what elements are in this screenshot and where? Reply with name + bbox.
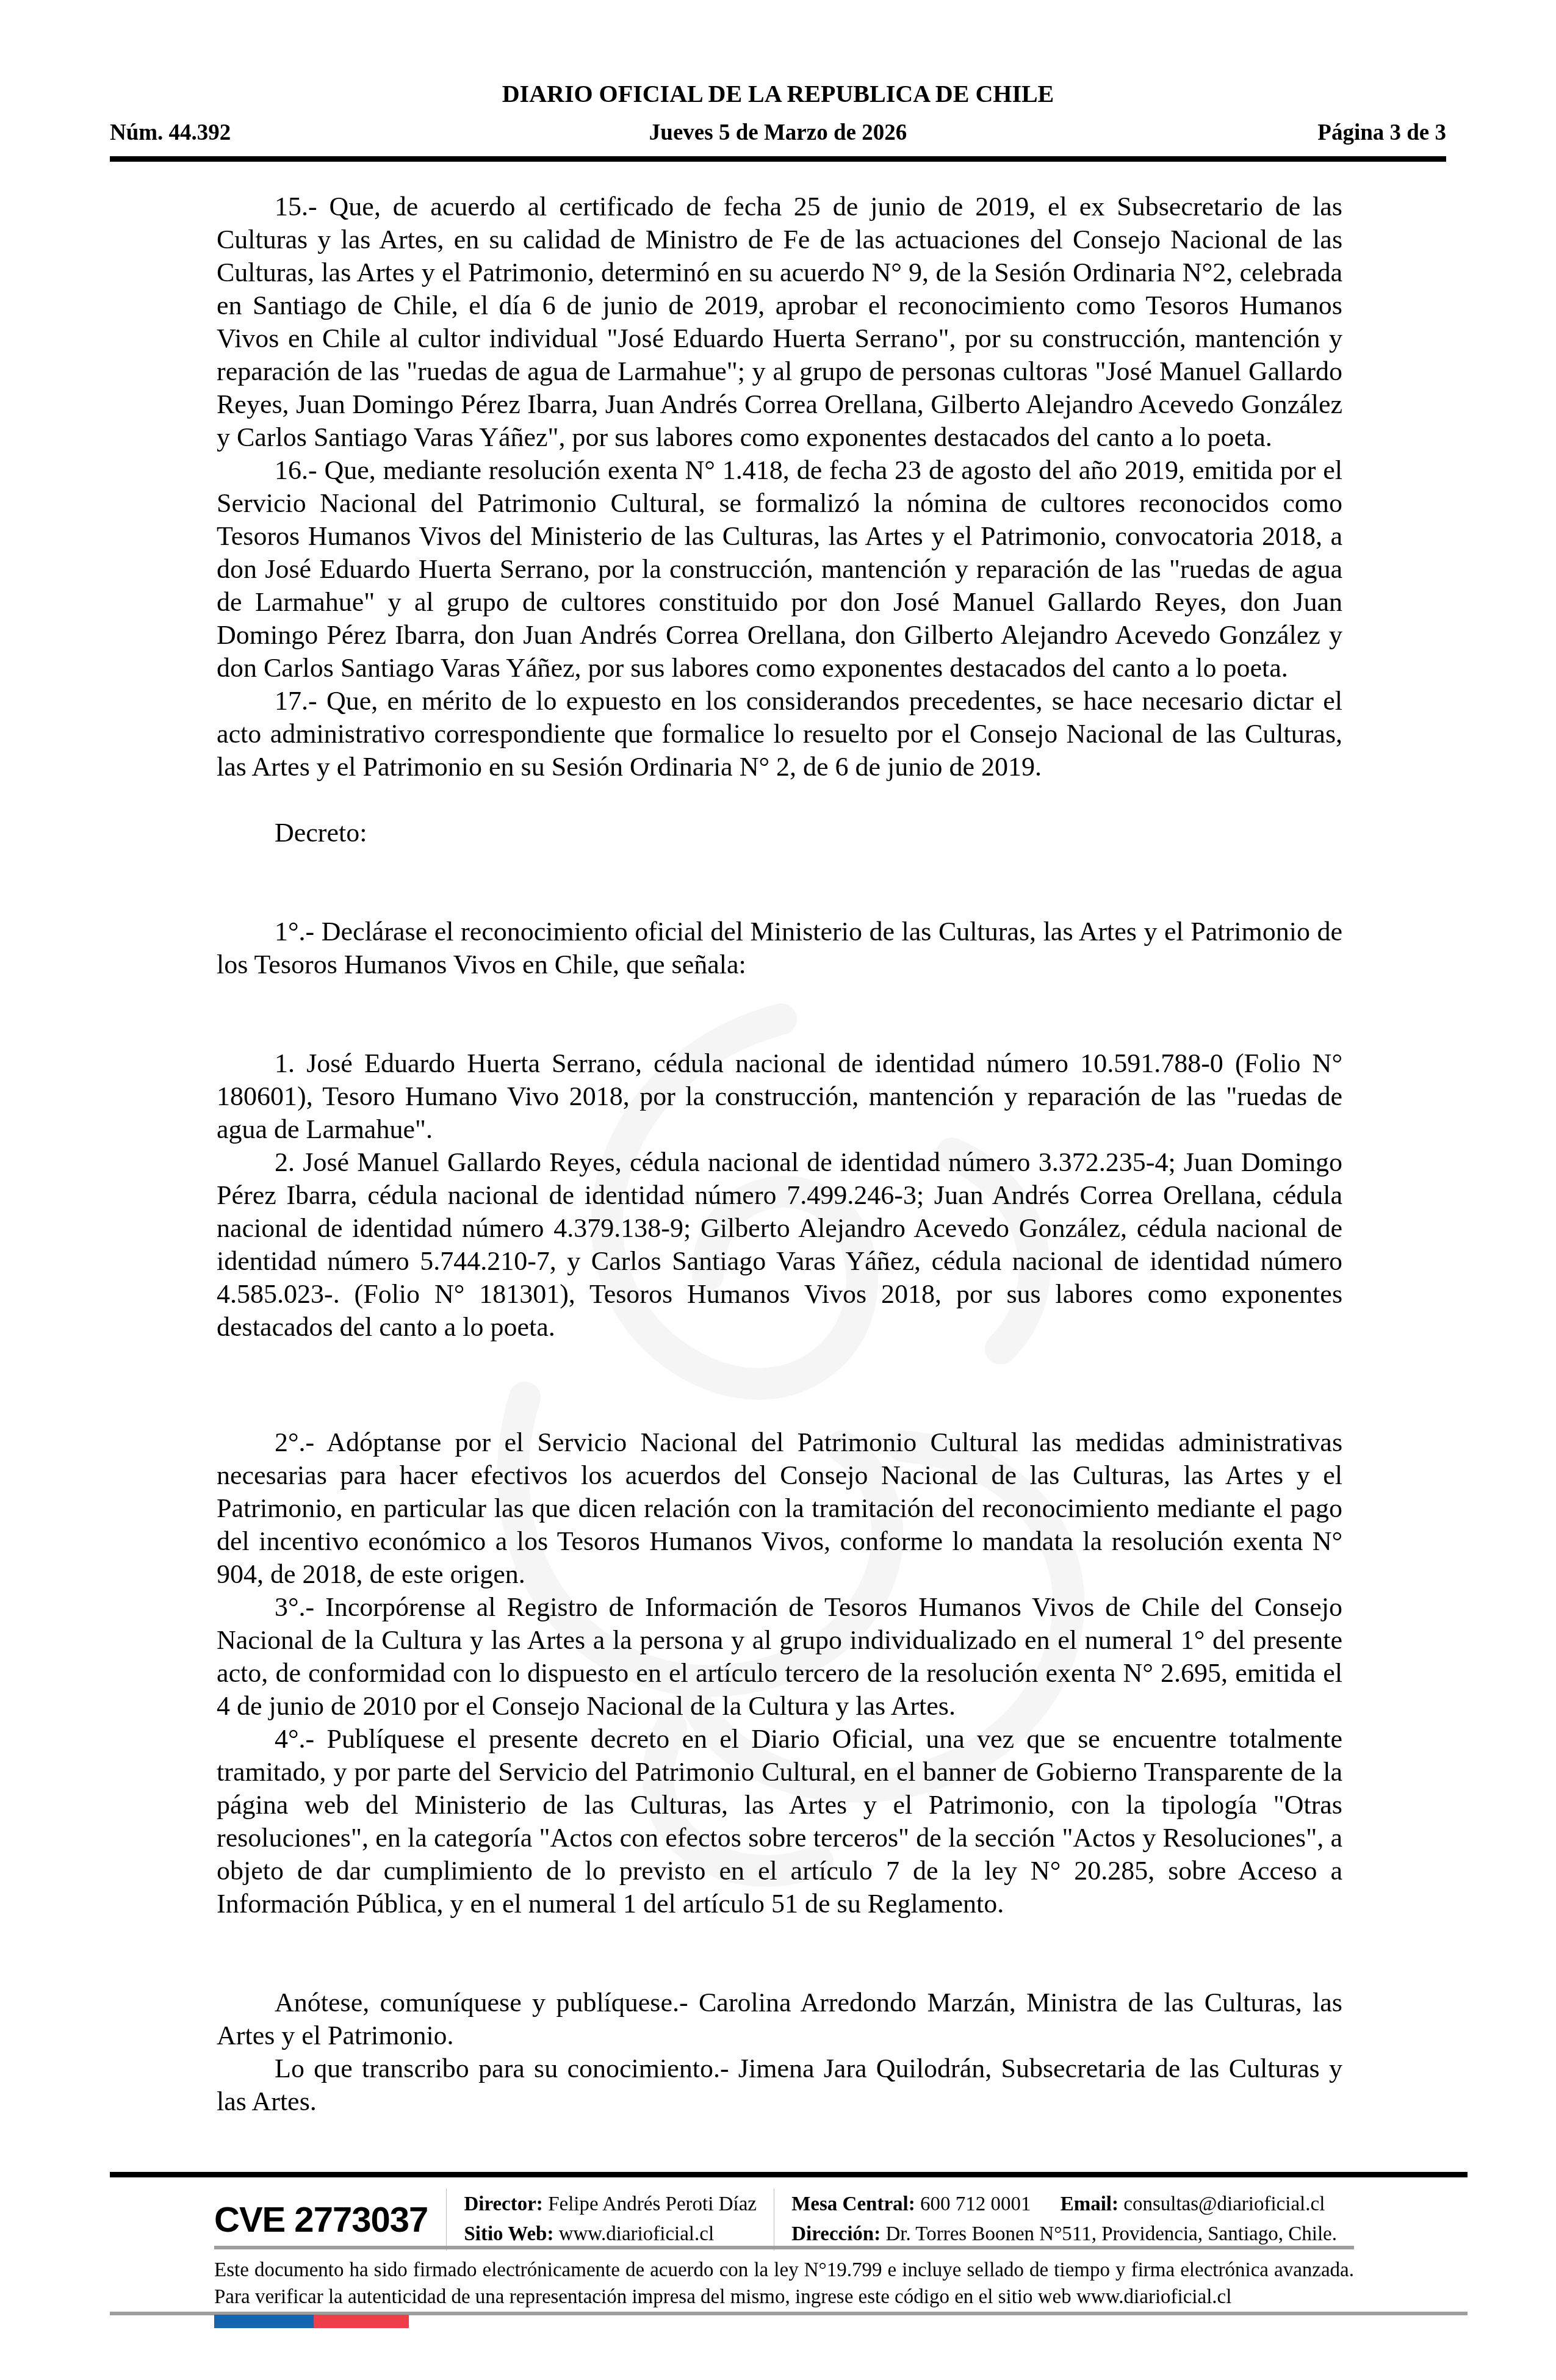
director-value: Felipe Andrés Peroti Díaz: [548, 2193, 757, 2215]
direccion-label: Dirección:: [791, 2223, 881, 2245]
page-header: DIARIO OFICIAL DE LA REPUBLICA DE CHILE …: [110, 79, 1446, 162]
footer-director-col: Director: Felipe Andrés Peroti Díaz Siti…: [447, 2188, 774, 2251]
sitio-web-value: www.diarioficial.cl: [559, 2223, 714, 2245]
paragraph-numeral-1: 1. José Eduardo Huerta Serrano, cédula n…: [217, 1047, 1342, 1146]
cve-code: CVE 2773037: [214, 2199, 446, 2240]
paragraph-articulo-4: 4°.- Publíquese el presente decreto en e…: [217, 1723, 1342, 1920]
flag-blue-segment: [214, 2315, 314, 2328]
paragraph-numeral-2: 2. José Manuel Gallardo Reyes, cédula na…: [217, 1146, 1342, 1344]
legal-notice: Este documento ha sido firmado electróni…: [214, 2257, 1354, 2310]
chile-flag-bar: [214, 2315, 409, 2328]
paragraph-articulo-1: 1°.- Declárase el reconocimiento oficial…: [217, 915, 1342, 981]
footer-top-rule: [110, 2172, 1468, 2177]
footer-contact-col: Mesa Central: 600 712 0001 Email: consul…: [774, 2188, 1354, 2251]
mesa-central-value: 600 712 0001: [920, 2193, 1031, 2215]
paragraph-articulo-3: 3°.- Incorpórense al Registro de Informa…: [217, 1591, 1342, 1723]
decree-text: 15.- Que, de acuerdo al certificado de f…: [217, 190, 1342, 2118]
email-value: consultas@diarioficial.cl: [1123, 2193, 1325, 2215]
paragraph-anotese: Anótese, comuníquese y publíquese.- Caro…: [217, 1986, 1342, 2052]
paragraph-decreto-heading: Decreto:: [217, 817, 1342, 849]
paragraph-articulo-2: 2°.- Adóptanse por el Servicio Nacional …: [217, 1426, 1342, 1591]
direccion-value: Dr. Torres Boonen N°511, Providencia, Sa…: [885, 2223, 1337, 2245]
page-indicator: Página 3 de 3: [1112, 120, 1447, 146]
footer-middle-rule: [214, 2246, 1354, 2249]
paragraph-considerando-15: 15.- Que, de acuerdo al certificado de f…: [217, 190, 1342, 454]
sitio-web-label: Sitio Web:: [464, 2223, 553, 2245]
publication-title: DIARIO OFICIAL DE LA REPUBLICA DE CHILE: [110, 79, 1446, 109]
header-meta-row: Núm. 44.392 Jueves 5 de Marzo de 2026 Pá…: [110, 120, 1446, 146]
paragraph-considerando-17: 17.- Que, en mérito de lo expuesto en lo…: [217, 685, 1342, 784]
footer-cve-block: CVE 2773037 Director: Felipe Andrés Pero…: [214, 2188, 1354, 2251]
paragraph-transcripcion: Lo que transcribo para su conocimiento.-…: [217, 2052, 1342, 2118]
header-rule: [110, 156, 1446, 162]
issue-number: Núm. 44.392: [110, 120, 444, 146]
mesa-central-label: Mesa Central:: [791, 2193, 915, 2215]
email-label: Email:: [1061, 2193, 1118, 2215]
gazette-page: { "header": { "publication": "DIARIO OFI…: [0, 0, 1556, 2380]
director-label: Director:: [464, 2193, 542, 2215]
flag-red-segment: [314, 2315, 409, 2328]
issue-date: Jueves 5 de Marzo de 2026: [444, 120, 1112, 146]
paragraph-considerando-16: 16.- Que, mediante resolución exenta N° …: [217, 454, 1342, 685]
